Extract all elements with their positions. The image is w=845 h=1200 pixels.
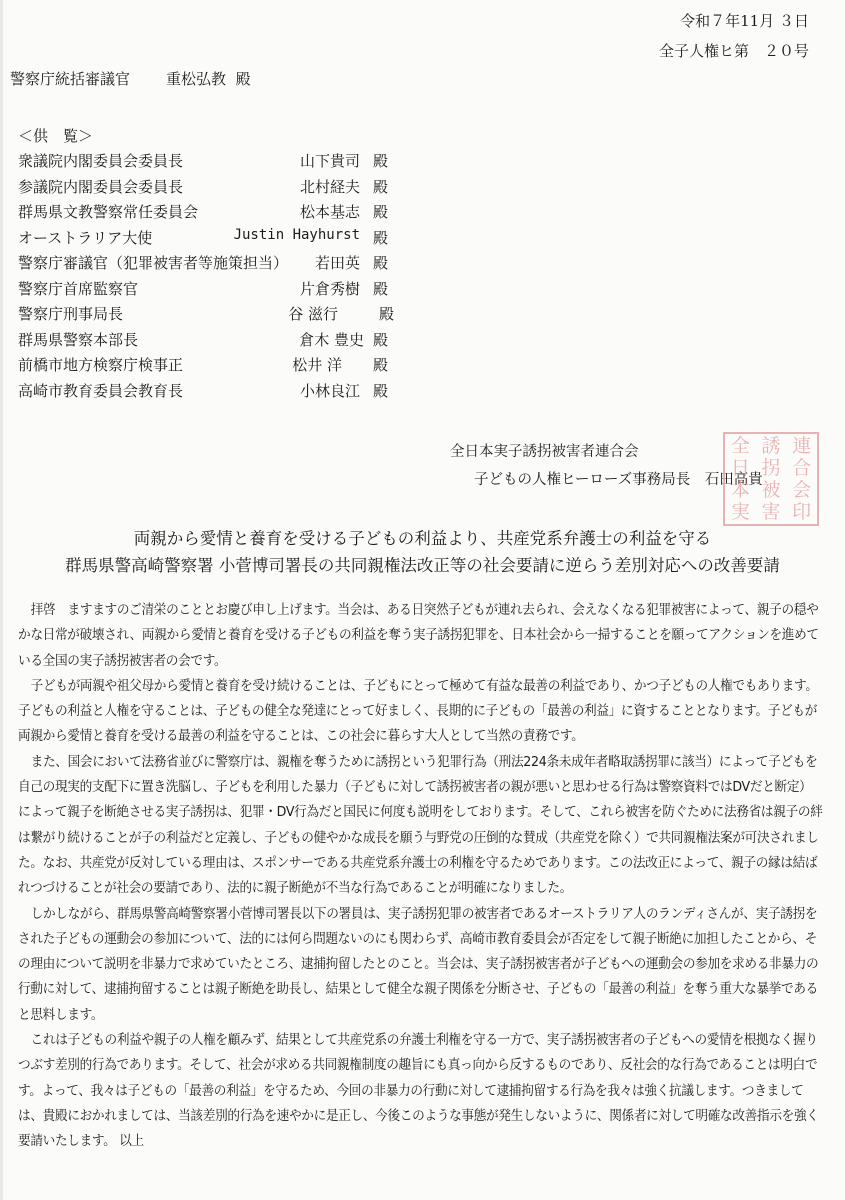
cc-role: 参議院内閣委員会委員長	[18, 176, 183, 197]
cc-role: 前橋市地方検察庁検事正	[18, 354, 183, 375]
cc-name: 片倉秀樹	[300, 278, 360, 299]
seal-char: 本	[731, 479, 750, 501]
seal-char: 合	[792, 457, 811, 479]
addressee: 警察庁統括審議官重松弘教 殿	[10, 68, 251, 89]
addressee-honorific: 殿	[236, 70, 251, 88]
cc-role: 衆議院内閣委員会委員長	[18, 150, 183, 171]
seal-char: 全	[731, 435, 750, 457]
sender-name: 子どもの人権ヒーローズ事務局長 石田高貴	[474, 468, 763, 489]
cc-name: 北村経夫	[300, 176, 360, 197]
seal-char: 害	[761, 501, 780, 523]
body-paragraph: また、国会において法務省並びに警察庁は、親権を奪うために誘拐という犯罪行為（刑法…	[18, 750, 823, 902]
cc-honorific: 殿	[373, 227, 388, 248]
seal-char: 印	[792, 501, 811, 523]
body-paragraph: しかしながら、群馬県警高崎警察署小菅博司署長以下の署員は、実子誘拐犯罪の被害者で…	[18, 902, 823, 1028]
cc-row: 警察庁刑事局長谷 滋行殿	[18, 303, 388, 329]
addressee-name: 重松弘教	[166, 70, 226, 88]
cc-row: 高崎市教育委員会教育長小林良江殿	[18, 380, 388, 406]
cc-role: 高崎市教育委員会教育長	[18, 380, 183, 401]
cc-honorific: 殿	[373, 252, 388, 273]
cc-row: 群馬県警察本部長倉木 豊史殿	[18, 329, 388, 355]
cc-role: オーストラリア大使	[18, 227, 152, 248]
seal-char: 連	[792, 435, 811, 457]
body-paragraph: これは子どもの利益や親子の人権を顧みず、結果として共産党系の弁護士利権を守る一方…	[18, 1028, 823, 1154]
document-number: 全子人権ヒ第 ２０号	[659, 40, 809, 61]
cc-name: 小林良江	[300, 380, 360, 401]
cc-role: 群馬県警察本部長	[18, 329, 138, 350]
cc-name: Justin Hayhurst	[234, 227, 360, 243]
cc-name: 谷 滋行	[288, 303, 338, 324]
letter-date: 令和７年11月 ３日	[680, 10, 809, 31]
cc-role: 警察庁審議官（犯罪被害者等施策担当）	[18, 252, 288, 273]
body-paragraph: 子どもが両親や祖父母から愛情と養育を受け続けることは、子どもにとって極めて有益な…	[18, 674, 823, 750]
body-paragraph: 拝啓 ますますのご清栄のこととお慶び申し上げます。当会は、ある日突然子どもが連れ…	[18, 598, 823, 674]
letter-title-line-1: 両親から愛情と養育を受ける子どもの利益より、共産党系弁護士の利益を守る	[0, 525, 845, 549]
cc-honorific: 殿	[373, 354, 388, 375]
cc-honorific: 殿	[379, 303, 394, 324]
cc-honorific: 殿	[373, 176, 388, 197]
cc-name: 倉木 豊史	[299, 329, 364, 350]
letter-page: 令和７年11月 ３日 全子人権ヒ第 ２０号 警察庁統括審議官重松弘教 殿 ＜供 …	[0, 0, 845, 1200]
cc-row: オーストラリア大使Justin Hayhurst殿	[18, 227, 388, 253]
cc-role: 警察庁刑事局長	[18, 303, 123, 324]
seal-char: 会	[792, 479, 811, 501]
cc-name: 松井 洋	[292, 354, 342, 375]
cc-row: 警察庁審議官（犯罪被害者等施策担当）若田英殿	[18, 252, 388, 278]
seal-char: 誘	[761, 435, 780, 457]
cc-row: 警察庁首席監察官片倉秀樹殿	[18, 278, 388, 304]
sender-organization: 全日本実子誘拐被害者連合会	[450, 440, 639, 461]
cc-honorific: 殿	[373, 380, 388, 401]
letter-body: 拝啓 ますますのご清栄のこととお慶び申し上げます。当会は、ある日突然子どもが連れ…	[18, 598, 823, 1155]
scan-edge	[0, 0, 3, 1200]
cc-name: 松本基志	[300, 201, 360, 222]
cc-name: 若田英	[315, 252, 360, 273]
cc-honorific: 殿	[373, 278, 388, 299]
addressee-title: 警察庁統括審議官	[10, 70, 130, 88]
cc-row: 衆議院内閣委員会委員長山下貴司殿	[18, 150, 388, 176]
cc-label: ＜供 覧＞	[18, 125, 93, 146]
cc-role: 警察庁首席監察官	[18, 278, 138, 299]
cc-row: 参議院内閣委員会委員長北村経夫殿	[18, 176, 388, 202]
cc-honorific: 殿	[373, 201, 388, 222]
cc-honorific: 殿	[373, 329, 388, 350]
seal-char: 被	[761, 479, 780, 501]
cc-list: 衆議院内閣委員会委員長山下貴司殿 参議院内閣委員会委員長北村経夫殿 群馬県文教警…	[18, 150, 388, 405]
seal-char: 日	[731, 457, 750, 479]
cc-role: 群馬県文教警察常任委員会	[18, 201, 198, 222]
cc-honorific: 殿	[373, 150, 388, 171]
cc-row: 前橋市地方検察庁検事正松井 洋殿	[18, 354, 388, 380]
red-seal-stamp-icon: 全 誘 連 日 拐 合 本 被 会 実 害 印	[723, 432, 819, 526]
letter-title-line-2: 群馬県警高崎警察署 小菅博司署長の共同親権法改正等の社会要請に逆らう差別対応への…	[0, 552, 845, 576]
cc-row: 群馬県文教警察常任委員会松本基志殿	[18, 201, 388, 227]
seal-char: 実	[731, 501, 750, 523]
seal-char: 拐	[761, 457, 780, 479]
cc-name: 山下貴司	[300, 150, 360, 171]
